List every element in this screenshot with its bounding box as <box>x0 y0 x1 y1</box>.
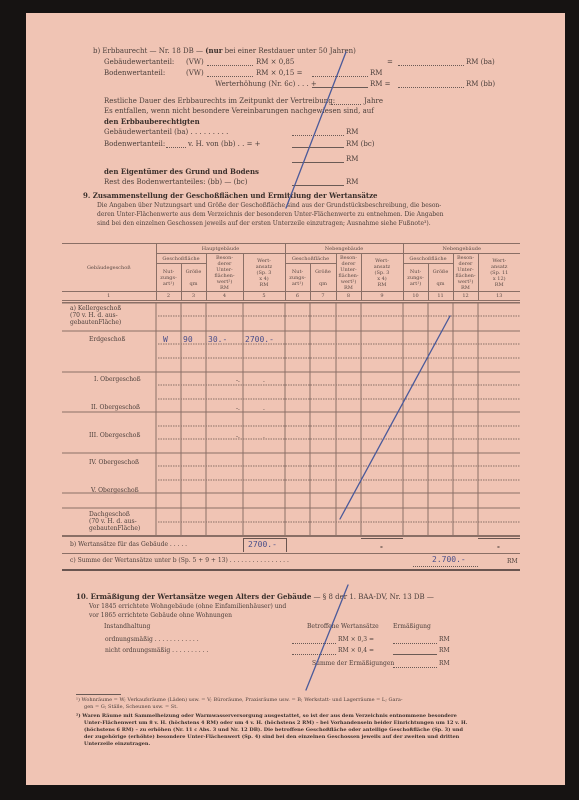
pen-strike-lines <box>0 0 579 800</box>
strike-line-section-10 <box>306 585 348 690</box>
strike-line-section-b <box>286 52 346 208</box>
strike-line-table <box>340 316 450 519</box>
